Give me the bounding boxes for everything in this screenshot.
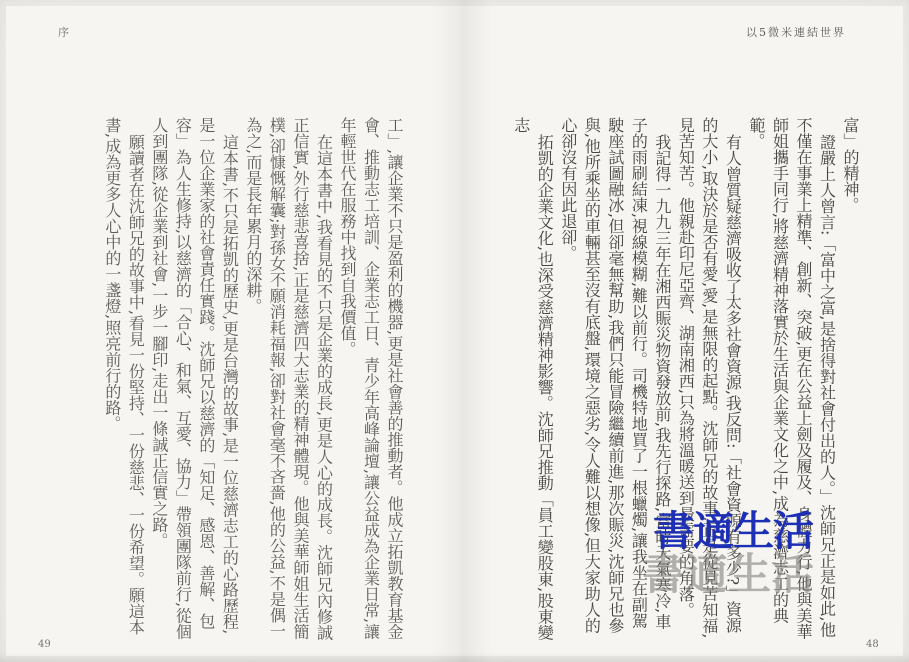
paragraph: 願讀者在沈師兄的故事中,看見一份堅持、一份慈悲、一份希望。願這本書,成為更多人心… [100, 117, 147, 641]
running-head-right: 以5微米連結世界 [746, 24, 846, 40]
page-number-left: 49 [38, 639, 51, 650]
page-edge-shadow [0, 652, 909, 662]
paragraph: 拓凱的企業文化,也深受慈濟精神影響。沈師兄推動「員工變股東,股東變志 [509, 117, 556, 641]
page-number-right: 48 [866, 639, 879, 650]
page-gutter [432, 0, 492, 662]
book-spread-scan: 序 以5微米連結世界 富」的精神。 證嚴上人曾言:「富中之富,是捨得對社會付出的… [0, 0, 909, 662]
paragraph: 這本書,不只是拓凱的歷史,更是台灣的故事,是一位慈濟志工的心路歷程,是一位企業家… [147, 117, 241, 641]
paragraph: 在這本書中,我看見的不只是企業的成長,更是人心的成長。沈師兄內修誠正信實,外行慈… [241, 117, 335, 641]
running-head-left: 序 [58, 24, 71, 40]
paragraph: 富」的精神。 [838, 117, 862, 641]
watermark-blue: 書適生活 [653, 498, 813, 557]
paragraph: 工」,讓企業不只是盈利的機器,更是社會善的推動者。他成立拓凱教育基金會、推動志工… [335, 117, 406, 641]
left-page-text: 工」,讓企業不只是盈利的機器,更是社會善的推動者。他成立拓凱教育基金會、推動志工… [84, 117, 406, 641]
